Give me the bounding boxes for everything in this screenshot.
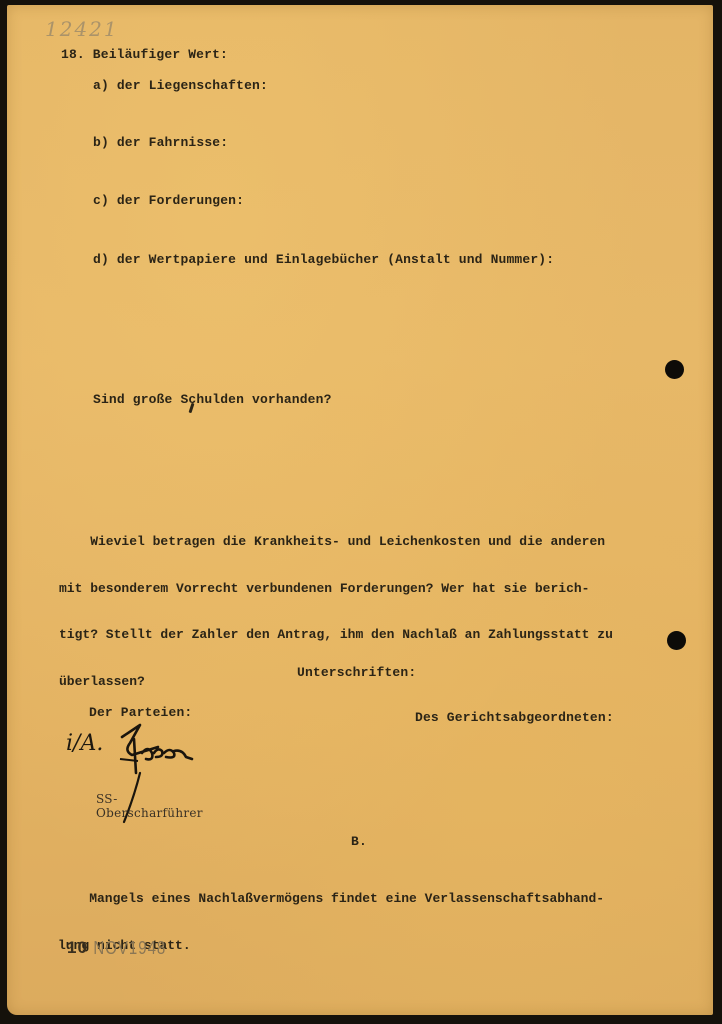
- costs-line-2: mit besonderem Vorrecht verbundenen Ford…: [59, 581, 613, 597]
- stamp-year: 1948: [129, 938, 166, 959]
- item-forderungen: c) der Forderungen:: [93, 193, 244, 208]
- date-stamp: 10 NOV1948: [67, 938, 166, 958]
- stamp-month: NOV: [93, 938, 129, 959]
- costs-line-3: tigt? Stellt der Zahler den Antrag, ihm …: [59, 627, 613, 643]
- costs-line-1: Wieviel betragen die Krankheits- und Lei…: [59, 534, 613, 550]
- punch-hole-top: [665, 360, 684, 379]
- punch-hole-bottom: [667, 631, 686, 650]
- stamp-day: 10: [67, 938, 88, 957]
- section-18-heading: 18. Beiläufiger Wert:: [61, 47, 228, 62]
- court-delegate-label: Des Gerichtsabgeordneten:: [415, 710, 614, 725]
- document-page: 12421 18. Beiläufiger Wert: a) der Liege…: [7, 5, 713, 1015]
- section-b-line-1: Mangels eines Nachlaßvermögens findet ei…: [58, 891, 604, 907]
- costs-question: Wieviel betragen die Krankheits- und Lei…: [59, 503, 613, 720]
- signatures-heading: Unterschriften:: [297, 665, 416, 680]
- party-signature: i/A. SS-Oberscharführer: [62, 717, 222, 827]
- item-liegenschaften: a) der Liegenschaften:: [93, 78, 268, 93]
- debts-question: Sind große Schulden vorhanden?: [93, 392, 332, 407]
- section-b-text: Mangels eines Nachlaßvermögens findet ei…: [58, 860, 604, 984]
- section-b-heading: B.: [351, 834, 367, 849]
- item-fahrnisse: b) der Fahrnisse:: [93, 135, 228, 150]
- printed-rank: SS-Oberscharführer: [96, 792, 222, 820]
- archive-number: 12421: [45, 17, 119, 41]
- item-wertpapiere: d) der Wertpapiere und Einlagebücher (An…: [93, 252, 554, 267]
